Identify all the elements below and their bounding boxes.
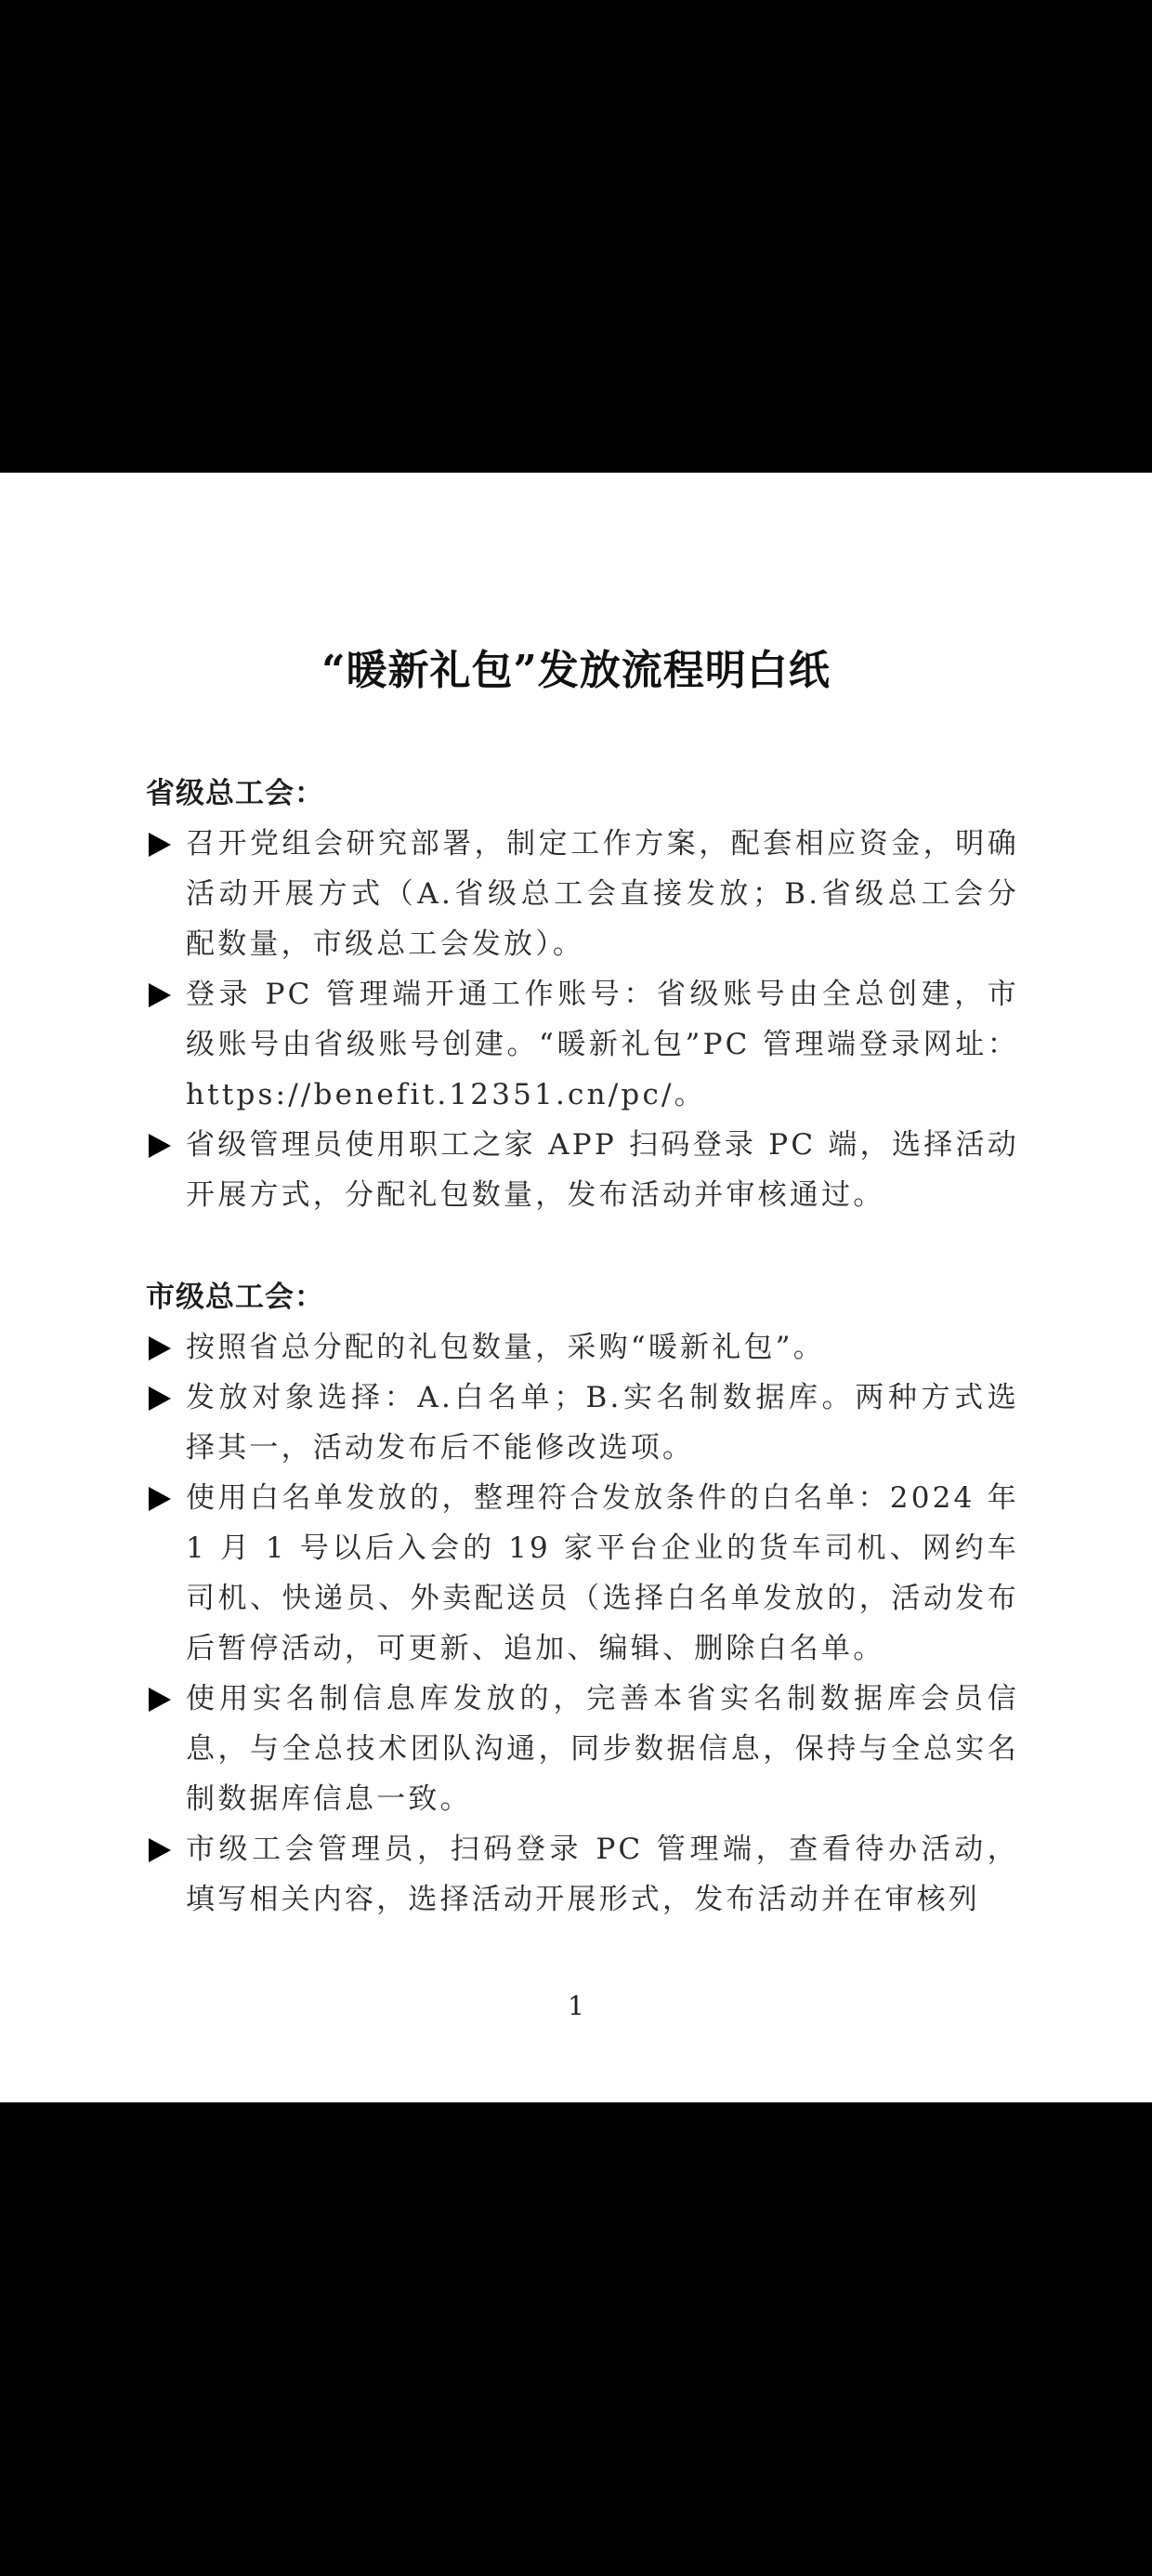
- list-item-text: 按照省总分配的礼包数量，采购“暖新礼包”。: [186, 1331, 825, 1364]
- triangle-bullet-icon: [149, 1838, 171, 1862]
- list-item-text: 市级工会管理员，扫码登录 PC 管理端，查看待办活动，填写相关内容，选择活动开展…: [186, 1833, 1019, 1916]
- list-item: 省级管理员使用职工之家 APP 扫码登录 PC 端，选择活动开展方式，分配礼包数…: [146, 1120, 1019, 1220]
- page-number: 1: [0, 1988, 1152, 2025]
- list-item-text: 召开党组会研究部署，制定工作方案，配套相应资金，明确活动开展方式（A.省级总工会…: [186, 827, 1019, 961]
- triangle-bullet-icon: [149, 833, 171, 857]
- list-item-text: 登录 PC 管理端开通工作账号：省级账号由全总创建，市级账号由省级账号创建。“暖…: [186, 978, 1019, 1111]
- document-title: “暖新礼包”发放流程明白纸: [0, 643, 1152, 699]
- section-city-union: 市级总工会： 按照省总分配的礼包数量，采购“暖新礼包”。 发放对象选择：A.白名…: [146, 1272, 1019, 1925]
- section-heading-city: 市级总工会：: [146, 1272, 1019, 1322]
- list-item: 使用实名制信息库发放的，完善本省实名制数据库会员信息，与全总技术团队沟通，同步数…: [146, 1674, 1019, 1824]
- list-item: 召开党组会研究部署，制定工作方案，配套相应资金，明确活动开展方式（A.省级总工会…: [146, 819, 1019, 969]
- list-item: 发放对象选择：A.白名单；B.实名制数据库。两种方式选择其一，活动发布后不能修改…: [146, 1373, 1019, 1473]
- list-item: 市级工会管理员，扫码登录 PC 管理端，查看待办活动，填写相关内容，选择活动开展…: [146, 1824, 1019, 1925]
- list-item-text: 发放对象选择：A.白名单；B.实名制数据库。两种方式选择其一，活动发布后不能修改…: [186, 1381, 1019, 1465]
- triangle-bullet-icon: [149, 1134, 171, 1158]
- bullet-list-provincial: 召开党组会研究部署，制定工作方案，配套相应资金，明确活动开展方式（A.省级总工会…: [146, 819, 1019, 1220]
- list-item-text: 省级管理员使用职工之家 APP 扫码登录 PC 端，选择活动开展方式，分配礼包数…: [186, 1128, 1019, 1212]
- viewer-bottom-black-area: [0, 2103, 1152, 2576]
- bullet-list-city: 按照省总分配的礼包数量，采购“暖新礼包”。 发放对象选择：A.白名单；B.实名制…: [146, 1322, 1019, 1925]
- triangle-bullet-icon: [149, 1487, 171, 1511]
- list-item-text: 使用实名制信息库发放的，完善本省实名制数据库会员信息，与全总技术团队沟通，同步数…: [186, 1682, 1019, 1816]
- list-item: 使用白名单发放的，整理符合发放条件的白名单：2024 年1 月 1 号以后入会的…: [146, 1473, 1019, 1674]
- triangle-bullet-icon: [149, 1336, 171, 1360]
- triangle-bullet-icon: [149, 1387, 171, 1411]
- list-item: 按照省总分配的礼包数量，采购“暖新礼包”。: [146, 1322, 1019, 1373]
- list-item-text: 使用白名单发放的，整理符合发放条件的白名单：2024 年1 月 1 号以后入会的…: [186, 1481, 1019, 1665]
- document-page[interactable]: “暖新礼包”发放流程明白纸 省级总工会： 召开党组会研究部署，制定工作方案，配套…: [0, 472, 1152, 2103]
- triangle-bullet-icon: [149, 1688, 171, 1712]
- viewer-top-black-area: [0, 0, 1152, 472]
- triangle-bullet-icon: [149, 983, 171, 1007]
- list-item: 登录 PC 管理端开通工作账号：省级账号由全总创建，市级账号由省级账号创建。“暖…: [146, 969, 1019, 1120]
- section-heading-provincial: 省级总工会：: [146, 769, 1019, 819]
- section-provincial-union: 省级总工会： 召开党组会研究部署，制定工作方案，配套相应资金，明确活动开展方式（…: [146, 769, 1019, 1220]
